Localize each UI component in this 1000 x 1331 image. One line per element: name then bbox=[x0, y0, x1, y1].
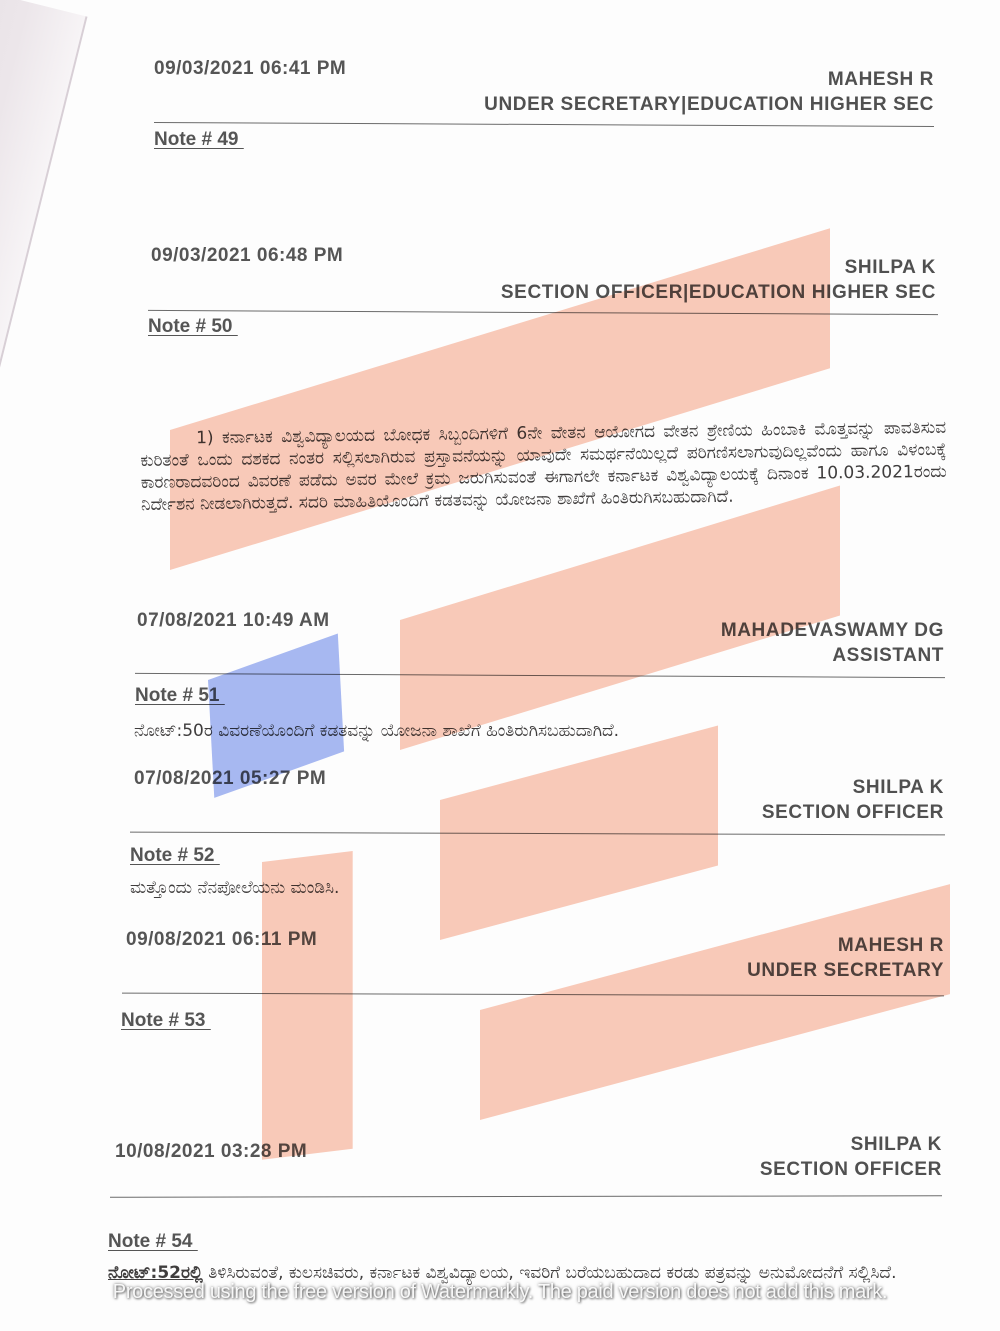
watermark-text: Processed using the free version of Wate… bbox=[0, 1281, 1000, 1304]
entry-signer: MAHADEVASWAMY DG ASSISTANT bbox=[721, 618, 944, 668]
entry-signer: MAHESH R UNDER SECRETARY bbox=[747, 933, 944, 983]
divider bbox=[130, 832, 945, 836]
note-number: Note # 52 bbox=[130, 845, 220, 867]
note-number: Note # 50 bbox=[148, 316, 238, 338]
page-curl-edge bbox=[0, 0, 87, 424]
note-body-text: ತಿಳಿಸಿರುವಂತೆ, ಕುಲಸಚಿವರು, ಕರ್ನಾಟಕ ವಿಶ್ವವಿ… bbox=[203, 1263, 897, 1283]
signer-designation: SECTION OFFICER|EDUCATION HIGHER SEC bbox=[501, 280, 936, 305]
note-reference: ನೋಟ್:52ರಲ್ಲಿ bbox=[108, 1263, 203, 1283]
entry-signer: SHILPA K SECTION OFFICER|EDUCATION HIGHE… bbox=[501, 255, 936, 305]
signer-name: MAHADEVASWAMY DG bbox=[721, 618, 944, 643]
divider bbox=[135, 673, 945, 678]
note-body: ನೋಟ್:50ರ ವಿವರಣೆಯೊಂದಿಗೆ ಕಡತವನ್ನು ಯೋಜನಾ ಶಾ… bbox=[134, 720, 619, 742]
signer-designation: SECTION OFFICER bbox=[762, 800, 944, 825]
divider bbox=[122, 993, 944, 997]
entry-timestamp: 09/03/2021 06:41 PM bbox=[154, 58, 346, 80]
note-number: Note # 53 bbox=[121, 1010, 211, 1032]
divider bbox=[154, 122, 934, 127]
divider bbox=[148, 310, 938, 315]
signer-name: SHILPA K bbox=[501, 255, 936, 280]
note-number: Note # 49 bbox=[154, 129, 244, 151]
signer-designation: UNDER SECRETARY bbox=[747, 958, 944, 983]
entry-timestamp: 09/03/2021 06:48 PM bbox=[151, 245, 343, 267]
note-number: Note # 54 bbox=[108, 1231, 198, 1253]
entry-timestamp: 09/08/2021 06:11 PM bbox=[126, 929, 317, 951]
note-number: Note # 51 bbox=[135, 685, 225, 707]
note-body: ಮತ್ತೊಂದು ನೆನಪೋಲೆಯನು ಮಂಡಿಸಿ. bbox=[130, 877, 339, 899]
entry-signer: SHILPA K SECTION OFFICER bbox=[760, 1132, 942, 1182]
note-body: 1) ಕರ್ನಾಟಕ ವಿಶ್ವವಿದ್ಯಾಲಯದ ಬೋಧಕ ಸಿಬ್ಬಂದಿಗ… bbox=[140, 417, 947, 516]
entry-signer: SHILPA K SECTION OFFICER bbox=[762, 775, 944, 825]
signer-designation: UNDER SECRETARY|EDUCATION HIGHER SEC bbox=[484, 92, 934, 117]
divider bbox=[110, 1195, 942, 1197]
signer-name: SHILPA K bbox=[762, 775, 944, 800]
note-sheet: 09/03/2021 06:41 PM MAHESH R UNDER SECRE… bbox=[0, 0, 1000, 1331]
signer-name: MAHESH R bbox=[484, 67, 934, 92]
entry-timestamp: 10/08/2021 03:28 PM bbox=[115, 1141, 307, 1163]
entry-signer: MAHESH R UNDER SECRETARY|EDUCATION HIGHE… bbox=[484, 67, 934, 117]
entry-timestamp: 07/08/2021 10:49 AM bbox=[137, 610, 330, 632]
orange-overlay-band bbox=[480, 884, 950, 1120]
signer-designation: SECTION OFFICER bbox=[760, 1157, 942, 1182]
entry-timestamp: 07/08/2021 05:27 PM bbox=[134, 768, 326, 790]
signer-designation: ASSISTANT bbox=[721, 643, 944, 668]
signer-name: SHILPA K bbox=[760, 1132, 942, 1157]
signer-name: MAHESH R bbox=[747, 933, 944, 958]
